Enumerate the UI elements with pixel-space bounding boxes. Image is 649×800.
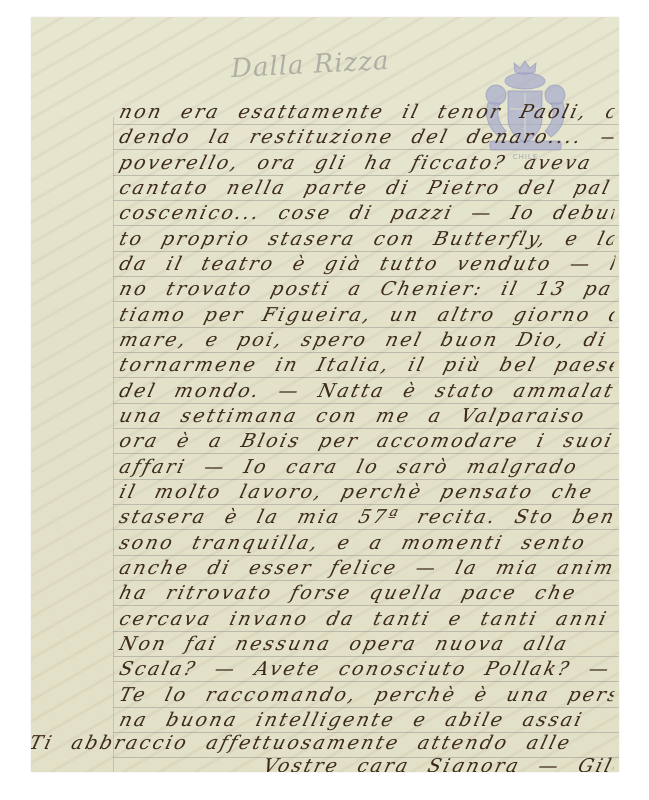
letter-line: del mondo. — Natta è stato ammalato — [117, 380, 616, 402]
letter-line: affari — Io cara lo sarò malgrado — [117, 456, 616, 478]
letter-line: Non fai nessuna opera nuova alla — [117, 633, 616, 655]
letter-line: to proprio stasera con Butterfly, e la — [117, 228, 616, 250]
ruled-line — [113, 580, 619, 581]
letter-line: poverello, ora gli ha ficcato? aveva — [117, 152, 616, 174]
letter-line: stasera è la mia 57ª recita. Sto benissi… — [117, 506, 616, 528]
pencil-annotation: Dalla Rizza — [230, 46, 390, 84]
letter-closing-line: Ti abbraccio affettuosamente attendo all… — [31, 732, 616, 754]
letter-line: non era esattamente il tenor Paoli, chie — [117, 101, 616, 123]
letter-line: no trovato posti a Chenier: il 13 par — [117, 278, 616, 300]
letter-line: anche di esser felice — la mia anima — [117, 557, 616, 579]
letter-line: tornarmene in Italia, il più bel paese — [117, 354, 616, 376]
ruled-line — [113, 352, 619, 353]
letter-line: cantato nella parte di Pietro del pal — [117, 177, 616, 199]
letter-line: una settimana con me a Valparaiso — [117, 405, 616, 427]
ruled-line — [113, 175, 619, 176]
letter-line: dendo la restituzione del denaro.... — — [117, 126, 616, 148]
letter-line: Te lo raccomando, perchè è una perso — [117, 684, 616, 706]
ruled-line — [113, 377, 619, 378]
ruled-line — [113, 327, 619, 328]
letter-line: il molto lavoro, perchè pensato che — [117, 481, 616, 503]
ruled-line — [113, 200, 619, 201]
ruled-line — [113, 529, 619, 530]
ruled-line — [113, 428, 619, 429]
margin-line — [113, 117, 114, 772]
ruled-line — [113, 276, 619, 277]
letter-line: ora è a Blois per accomodare i suoi — [117, 430, 616, 452]
letter-line: Scala? — Avete conosciuto Pollak? — — [117, 658, 616, 680]
ruled-line — [113, 555, 619, 556]
ruled-line — [113, 403, 619, 404]
ruled-line — [113, 605, 619, 606]
letter-line: cercava invano da tanti e tanti anni — [117, 608, 616, 630]
ruled-line — [113, 504, 619, 505]
letter-line: da il teatro è già tutto venduto — ha — [117, 253, 616, 275]
letter-line: mare, e poi, spero nel buon Dio, di ri — [117, 329, 616, 351]
ruled-line — [113, 681, 619, 682]
ruled-line — [113, 479, 619, 480]
ruled-line — [113, 225, 619, 226]
ruled-line — [113, 631, 619, 632]
letter-line: na buona intelligente e abile assai — [117, 709, 616, 731]
letter-line: coscenico... cose di pazzi — Io debut — [117, 202, 616, 224]
letter-signature-line: Vostre cara Signora — Gilda — [261, 755, 616, 772]
ruled-line — [113, 656, 619, 657]
ruled-line — [113, 251, 619, 252]
ruled-line — [113, 707, 619, 708]
letter-page: Dalla Rizza CHILE non era esattamente il… — [31, 17, 619, 772]
ruled-line — [113, 301, 619, 302]
letter-line: sono tranquilla, e a momenti sento — [117, 532, 616, 554]
letter-line: tiamo per Figueira, un altro giorno di — [117, 304, 616, 326]
letter-line: ha ritrovato forse quella pace che — [117, 582, 616, 604]
ruled-line — [113, 453, 619, 454]
